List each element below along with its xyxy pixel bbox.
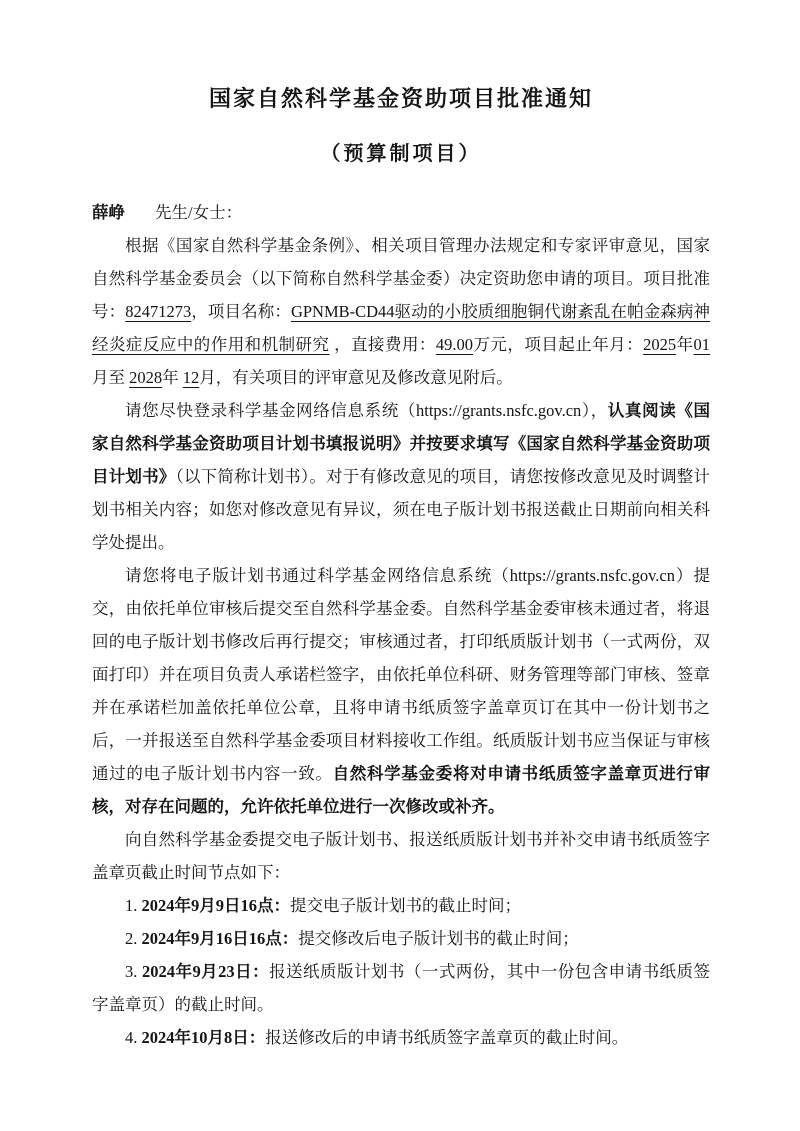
text-run: 4. [125,1028,142,1047]
text-run: 年 [162,368,183,387]
text-run: 3. [125,962,142,981]
bold-emphasis-text: 2024年10月8日： [142,1028,266,1047]
document-subtitle: （预算制项目） [92,141,710,167]
deadline-list-item: 4. 2024年10月8日：报送修改后的申请书纸质签字盖章页的截止时间。 [92,1021,710,1054]
paragraph: 根据《国家自然科学基金条例》、相关项目管理办法规定和专家评审意见，国家自然科学基… [92,229,710,394]
text-run: 请您尽快登录科学基金网络信息系统（https://grants.nsfc.gov… [125,401,608,420]
underlined-field-value: 82471273 [125,302,191,321]
text-run: 提交修改后电子版计划书的截止时间； [298,929,579,948]
text-run: 年 [676,335,693,354]
text-run: 月，有关项目的评审意见及修改意见附后。 [199,368,513,387]
underlined-field-value: 2028 [129,368,162,387]
underlined-field-value: 01 [694,335,711,354]
bold-emphasis-text: 2024年9月16日16点： [142,929,299,948]
paragraph: 向自然科学基金委提交电子版计划书、报送纸质版计划书并补交申请书纸质签字盖章页截止… [92,823,710,889]
underlined-field-value: 49.00 [436,335,473,354]
salutation-line: 薛峥先生/女士： [92,196,710,229]
text-run: 万元，项目起止年月： [473,335,643,354]
deadline-list-item: 3. 2024年9月23日：报送纸质版计划书（一式两份，其中一份包含申请书纸质签… [92,955,710,1021]
paragraph: 请您将电子版计划书通过科学基金网络信息系统（https://grants.nsf… [92,559,710,823]
text-run: 报送修改后的申请书纸质签字盖章页的截止时间。 [265,1028,628,1047]
document-title: 国家自然科学基金资助项目批准通知 [92,84,710,114]
text-run: 向自然科学基金委提交电子版计划书、报送纸质版计划书并补交申请书纸质签字盖章页截止… [92,830,710,882]
underlined-field-value: 2025 [643,335,676,354]
recipient-name: 薛峥 [92,203,125,222]
text-run: 2. [125,929,142,948]
text-run: 月至 [92,368,129,387]
underlined-field-value: 12 [183,368,200,387]
text-run: 1. [125,896,142,915]
bold-emphasis-text: 2024年9月9日16点： [142,896,291,915]
paragraph: 请您尽快登录科学基金网络信息系统（https://grants.nsfc.gov… [92,394,710,559]
text-run: 请您将电子版计划书通过科学基金网络信息系统（https://grants.nsf… [92,566,710,783]
deadline-list-item: 2. 2024年9月16日16点：提交修改后电子版计划书的截止时间； [92,922,710,955]
notice-page: 国家自然科学基金资助项目批准通知 （预算制项目） 薛峥先生/女士： 根据《国家自… [0,0,800,1131]
bold-emphasis-text: 2024年9月23日： [142,962,269,981]
text-run: 提交电子版计划书的截止时间； [290,896,521,915]
text-run: ，项目名称： [191,302,291,321]
recipient-honorific: 先生/女士： [155,203,242,222]
text-run: ，直接费用： [330,335,436,354]
deadline-list-item: 1. 2024年9月9日16点：提交电子版计划书的截止时间； [92,889,710,922]
document-body: 根据《国家自然科学基金条例》、相关项目管理办法规定和专家评审意见，国家自然科学基… [92,229,710,1054]
text-run: （以下简称计划书）。对于有修改意见的项目，请您按修改意见及时调整计划书相关内容；… [92,467,710,552]
